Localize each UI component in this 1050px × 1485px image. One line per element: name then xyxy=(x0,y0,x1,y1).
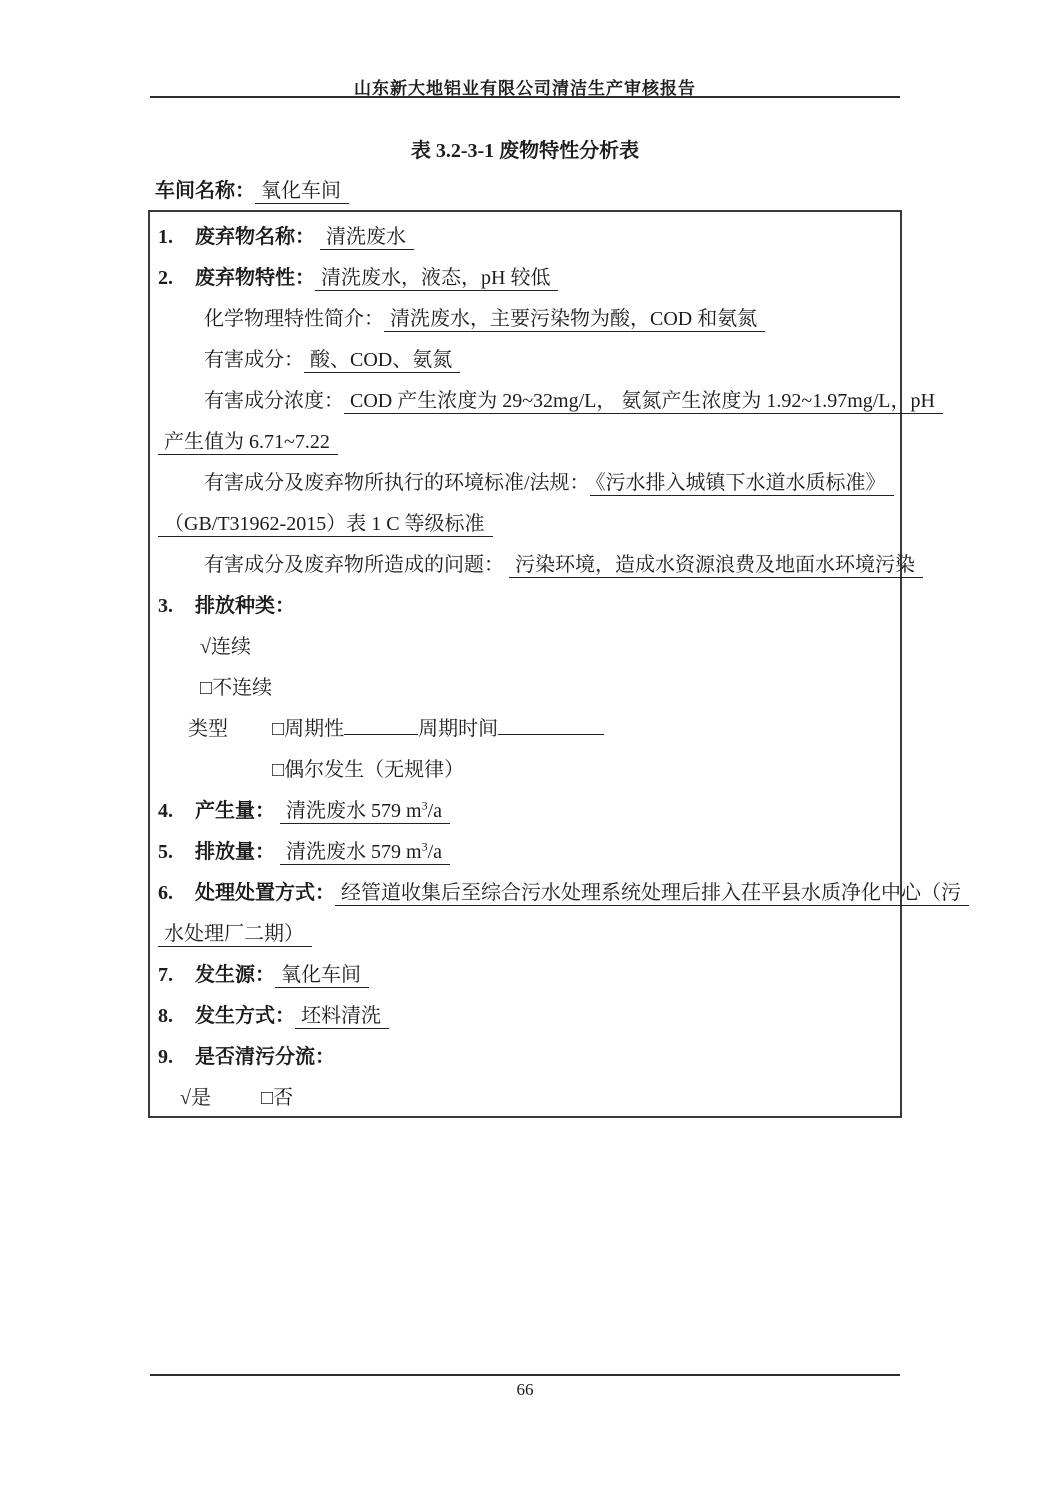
field-label: 有害成分： xyxy=(204,349,304,371)
check-icon: √ xyxy=(200,636,211,658)
type-label: 类型 xyxy=(188,718,228,740)
option-label: 不连续 xyxy=(212,677,272,699)
field-problems-caused: 有害成分及废弃物所造成的问题： 污染环境，造成水资源浪费及地面水环境污染 xyxy=(158,545,894,586)
field-discharge-amount: 5.排放量： 清洗废水 579 m3/a xyxy=(158,832,894,873)
blank-line xyxy=(344,715,418,735)
waste-analysis-table: 1.废弃物名称： 清洗废水 2.废弃物特性：清洗废水，液态，pH 较低 化学物理… xyxy=(148,210,902,1118)
workshop-value: 氧化车间 xyxy=(255,180,349,204)
field-value: 经管道收集后至综合污水处理系统处理后排入茌平县水质净化中心（污 xyxy=(335,882,969,906)
field-label: 有害成分浓度： xyxy=(204,390,344,412)
field-value: 产生值为 6.71~7.22 xyxy=(158,431,338,455)
field-treatment-method-line2: 水处理厂二期） xyxy=(158,914,894,955)
item-number: 7. xyxy=(158,955,195,996)
value-text: 清洗废水 579 m xyxy=(286,800,422,822)
field-discharge-type: 3.排放种类： xyxy=(158,586,894,627)
field-label: 产生量： xyxy=(195,800,275,822)
option-label: 偶尔发生（无规律） xyxy=(284,759,464,781)
item-number: 9. xyxy=(158,1037,195,1078)
field-label: 有害成分及废弃物所执行的环境标准/法规： xyxy=(204,472,590,494)
option-continuous: √连续 xyxy=(158,627,894,668)
blank-line xyxy=(498,715,604,735)
option-occasional: □偶尔发生（无规律） xyxy=(158,750,894,791)
item-number: 5. xyxy=(158,832,195,873)
field-label: 化学物理特性简介： xyxy=(204,308,384,330)
field-label: 废弃物特性： xyxy=(195,267,315,289)
checkbox-empty-icon: □ xyxy=(200,677,212,699)
period-time-label: 周期时间 xyxy=(418,718,498,740)
field-chemical-intro: 化学物理特性简介：清洗废水，主要污染物为酸，COD 和氨氮 xyxy=(158,299,894,340)
item-number: 6. xyxy=(158,873,195,914)
option-label-yes: 是 xyxy=(191,1087,211,1109)
field-label: 有害成分及废弃物所造成的问题： xyxy=(204,554,504,576)
value-text: 清洗废水 579 m xyxy=(286,841,422,863)
item-number: 1. xyxy=(158,217,195,258)
page-number: 66 xyxy=(0,1380,1050,1400)
option-discontinuous: □不连续 xyxy=(158,668,894,709)
yes-no-row: √是□否 xyxy=(158,1078,894,1119)
workshop-label: 车间名称： xyxy=(155,180,255,202)
field-concentration-line2: 产生值为 6.71~7.22 xyxy=(158,422,894,463)
workshop-name-line: 车间名称：氧化车间 xyxy=(155,174,349,203)
field-value: COD 产生浓度为 29~32mg/L， 氨氮产生浓度为 1.92~1.97mg… xyxy=(344,390,943,414)
field-label: 废弃物名称： xyxy=(195,226,315,248)
header-divider xyxy=(150,96,900,98)
checkbox-empty-icon: □ xyxy=(261,1087,273,1109)
field-treatment-method-line1: 6.处理处置方式：经管道收集后至综合污水处理系统处理后排入茌平县水质净化中心（污 xyxy=(158,873,894,914)
field-value: 氧化车间 xyxy=(275,964,369,988)
field-waste-property: 2.废弃物特性：清洗废水，液态，pH 较低 xyxy=(158,258,894,299)
option-label: 连续 xyxy=(211,636,251,658)
option-label-no: 否 xyxy=(273,1087,293,1109)
type-row: 类型□周期性周期时间 xyxy=(158,709,894,750)
value-text: /a xyxy=(428,800,442,822)
field-waste-name: 1.废弃物名称： 清洗废水 xyxy=(158,217,894,258)
value-text: /a xyxy=(428,841,442,863)
check-icon: √ xyxy=(180,1087,191,1109)
field-value: 清洗废水 579 m3/a xyxy=(280,841,450,865)
field-label: 处理处置方式： xyxy=(195,882,335,904)
table-caption: 表 3.2-3-1 废物特性分析表 xyxy=(0,134,1050,163)
field-concentration-line1: 有害成分浓度：COD 产生浓度为 29~32mg/L， 氨氮产生浓度为 1.92… xyxy=(158,381,894,422)
checkbox-empty-icon: □ xyxy=(272,759,284,781)
field-generation-mode: 8.发生方式：坯料清洗 xyxy=(158,996,894,1037)
field-clean-sewage-diversion: 9.是否清污分流： xyxy=(158,1037,894,1078)
field-standard-line2: （GB/T31962-2015）表 1 C 等级标准 xyxy=(158,504,894,545)
field-label: 是否清污分流： xyxy=(195,1046,335,1068)
document-page: 山东新大地铝业有限公司清洁生产审核报告 表 3.2-3-1 废物特性分析表 车间… xyxy=(0,0,1050,1485)
field-value: 污染环境，造成水资源浪费及地面水环境污染 xyxy=(509,554,923,578)
field-value: 酸、COD、氨氮 xyxy=(304,349,460,373)
field-label: 发生源： xyxy=(195,964,275,986)
field-label: 发生方式： xyxy=(195,1005,295,1027)
field-generation-source: 7.发生源：氧化车间 xyxy=(158,955,894,996)
item-number: 2. xyxy=(158,258,195,299)
field-label: 排放量： xyxy=(195,841,275,863)
field-generation-amount: 4.产生量： 清洗废水 579 m3/a xyxy=(158,791,894,832)
field-label: 排放种类： xyxy=(195,595,295,617)
item-number: 3. xyxy=(158,586,195,627)
item-number: 4. xyxy=(158,791,195,832)
item-number: 8. xyxy=(158,996,195,1037)
field-harmful-components: 有害成分：酸、COD、氨氮 xyxy=(158,340,894,381)
field-value: 清洗废水 579 m3/a xyxy=(280,800,450,824)
option-periodic: □周期性 xyxy=(272,718,344,740)
field-standard-line1: 有害成分及废弃物所执行的环境标准/法规：《污水排入城镇下水道水质标准》 xyxy=(158,463,894,504)
field-value: 清洗废水，主要污染物为酸，COD 和氨氮 xyxy=(384,308,765,332)
field-value: 水处理厂二期） xyxy=(158,923,312,947)
field-value: 坯料清洗 xyxy=(295,1005,389,1029)
footer-divider xyxy=(150,1374,900,1376)
field-value: 《污水排入城镇下水道水质标准》 xyxy=(590,472,894,496)
field-value: 清洗废水 xyxy=(320,226,414,250)
field-value: 清洗废水，液态，pH 较低 xyxy=(315,267,558,291)
field-value: （GB/T31962-2015）表 1 C 等级标准 xyxy=(158,513,493,537)
